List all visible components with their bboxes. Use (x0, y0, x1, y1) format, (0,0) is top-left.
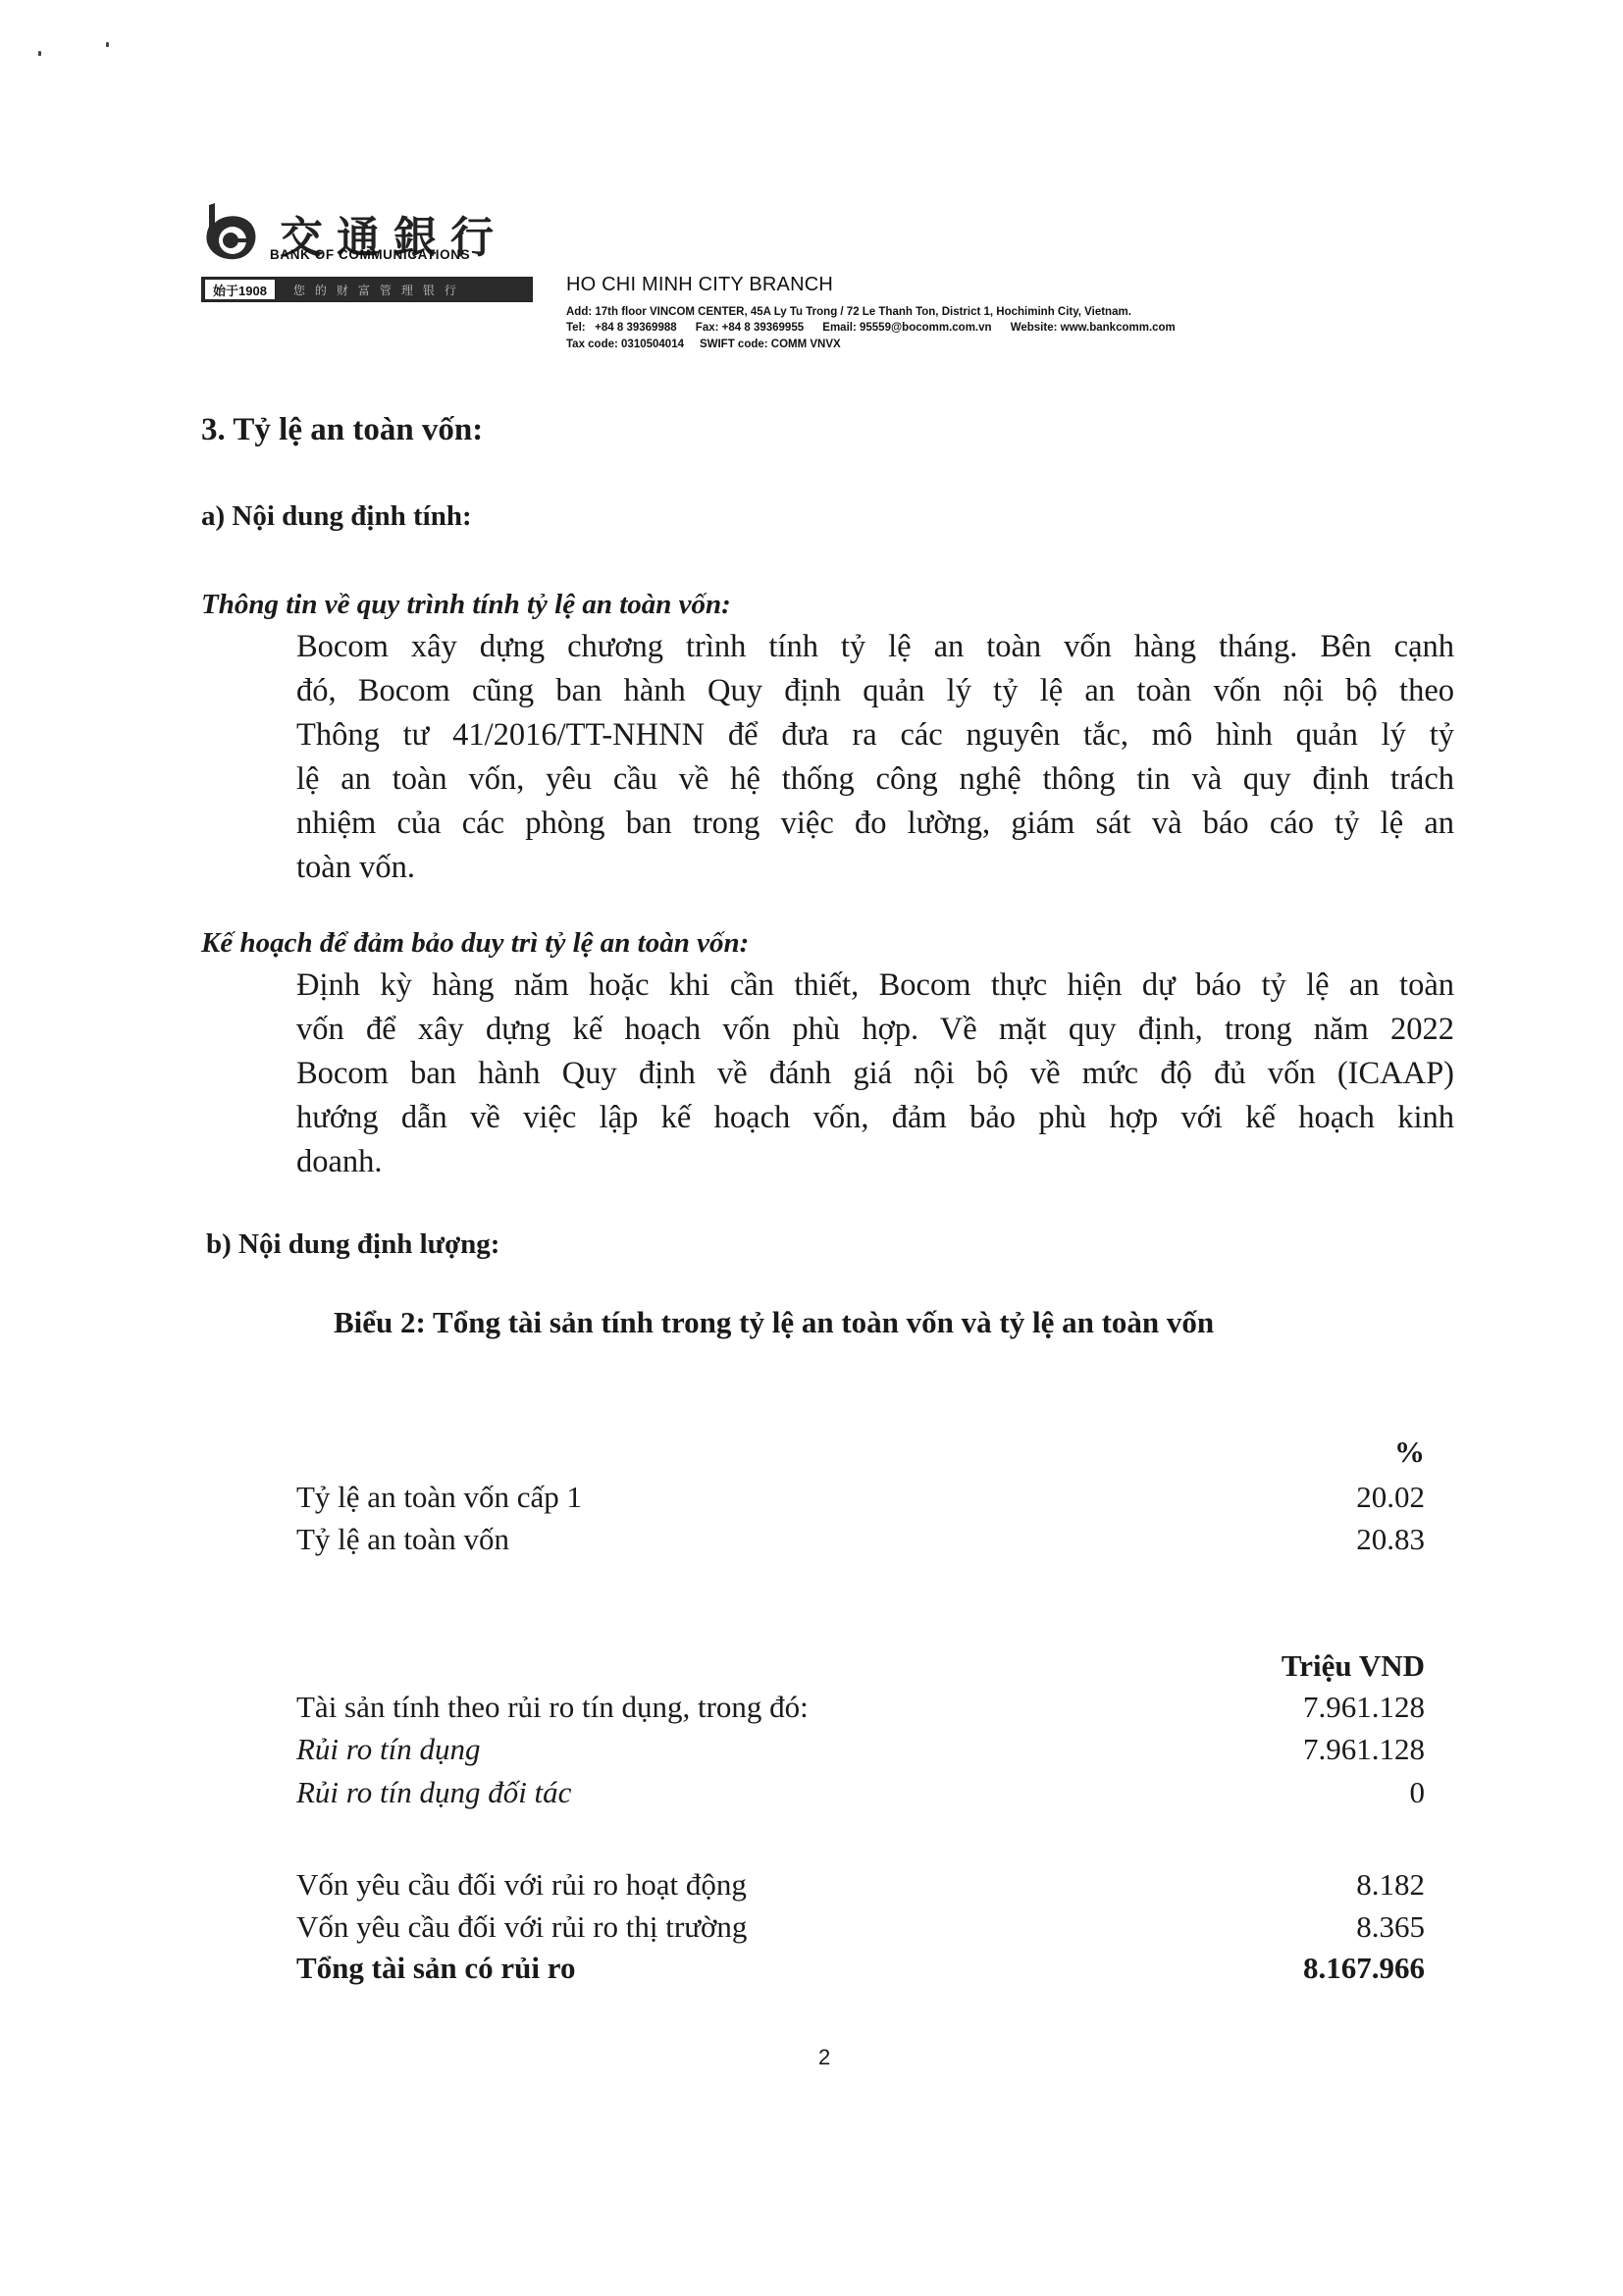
row-label: Tài sản tính theo rủi ro tín dụng, trong… (296, 1690, 809, 1725)
row-label: Tổng tài sản có rủi ro (296, 1951, 575, 1986)
page-number: 2 (818, 2045, 830, 2070)
paragraph-line: đó, Bocom cũng ban hành Quy định quản lý… (296, 669, 1454, 713)
table-row: Rủi ro tín dụng 7.961.128 (296, 1732, 1425, 1775)
bank-logo-icon (201, 201, 260, 262)
table-row: Rủi ro tín dụng đối tác 0 (296, 1775, 1425, 1818)
paragraph-line: Bocom xây dựng chương trình tính tỷ lệ a… (296, 625, 1454, 669)
paragraph-line: vốn để xây dựng kế hoạch vốn phù hợp. Về… (296, 1008, 1454, 1052)
row-label: Tỷ lệ an toàn vốn (296, 1522, 509, 1557)
slogan: 您的财富管理银行 (293, 282, 466, 298)
row-label: Vốn yêu cầu đối với rủi ro thị trường (296, 1909, 747, 1945)
row-value: 8.167.966 (1303, 1951, 1425, 1986)
branch-tax-swift: Tax code: 0310504014 SWIFT code: COMM VN… (566, 339, 841, 350)
branch-address: Add: 17th floor VINCOM CENTER, 45A Ly Tu… (566, 306, 1131, 318)
row-value: 7.961.128 (1303, 1690, 1425, 1725)
process-heading: Thông tin về quy trình tính tỷ lệ an toà… (201, 589, 731, 621)
row-label: Rủi ro tín dụng đối tác (296, 1775, 571, 1810)
paragraph-line: Thông tư 41/2016/TT-NHNN để đưa ra các n… (296, 713, 1454, 757)
row-value: 0 (1410, 1775, 1426, 1810)
asset-unit: Triệu VND (1282, 1648, 1425, 1684)
table-row: Vốn yêu cầu đối với rủi ro thị trường 8.… (296, 1909, 1425, 1953)
table-row: Vốn yêu cầu đối với rủi ro hoạt động 8.1… (296, 1867, 1425, 1910)
plan-paragraph: Định kỳ hàng năm hoặc khi cần thiết, Boc… (296, 964, 1454, 1184)
since-year: 始于1908 (204, 279, 276, 300)
paragraph-line: nhiệm của các phòng ban trong việc đo lư… (296, 802, 1454, 846)
paragraph-line: toàn vốn. (296, 846, 1454, 890)
row-value: 7.961.128 (1303, 1732, 1425, 1767)
section-title: 3. Tỷ lệ an toàn vốn: (201, 412, 483, 448)
plan-heading: Kế hoạch để đảm bảo duy trì tỷ lệ an toà… (201, 927, 749, 960)
paragraph-line: hướng dẫn về việc lập kế hoạch vốn, đảm … (296, 1096, 1454, 1140)
table-row-total: Tổng tài sản có rủi ro 8.167.966 (296, 1951, 1425, 1994)
scan-speck (38, 51, 41, 56)
branch-name: HO CHI MINH CITY BRANCH (566, 274, 833, 296)
ratio-unit: % (1394, 1435, 1425, 1470)
row-value: 8.365 (1356, 1909, 1425, 1945)
paragraph-line: doanh. (296, 1140, 1454, 1184)
qualitative-heading: a) Nội dung định tính: (201, 500, 472, 533)
row-label: Tỷ lệ an toàn vốn cấp 1 (296, 1480, 582, 1515)
branch-contact: Tel: +84 8 39369988 Fax: +84 8 39369955 … (566, 322, 1176, 334)
logo-english-name: BANK OF COMMUNICATIONS (270, 247, 470, 262)
paragraph-line: Bocom ban hành Quy định về đánh giá nội … (296, 1052, 1454, 1096)
paragraph-line: Định kỳ hàng năm hoặc khi cần thiết, Boc… (296, 964, 1454, 1008)
scan-speck (106, 42, 109, 47)
quantitative-heading: b) Nội dung định lượng: (206, 1228, 499, 1261)
paragraph-line: lệ an toàn vốn, yêu cầu về hệ thống công… (296, 757, 1454, 802)
row-value: 8.182 (1356, 1867, 1425, 1903)
table-row: Tỷ lệ an toàn vốn 20.83 (296, 1522, 1425, 1565)
row-value: 20.02 (1356, 1480, 1425, 1515)
logo-slogan-bar: 始于1908 您的财富管理银行 (201, 277, 533, 302)
table-title: Biểu 2: Tổng tài sản tính trong tỷ lệ an… (334, 1305, 1214, 1340)
row-label: Vốn yêu cầu đối với rủi ro hoạt động (296, 1867, 747, 1903)
row-value: 20.83 (1356, 1522, 1425, 1557)
row-label: Rủi ro tín dụng (296, 1732, 480, 1767)
table-row: Tỷ lệ an toàn vốn cấp 1 20.02 (296, 1480, 1425, 1523)
table-row: Tài sản tính theo rủi ro tín dụng, trong… (296, 1690, 1425, 1733)
process-paragraph: Bocom xây dựng chương trình tính tỷ lệ a… (296, 625, 1454, 890)
